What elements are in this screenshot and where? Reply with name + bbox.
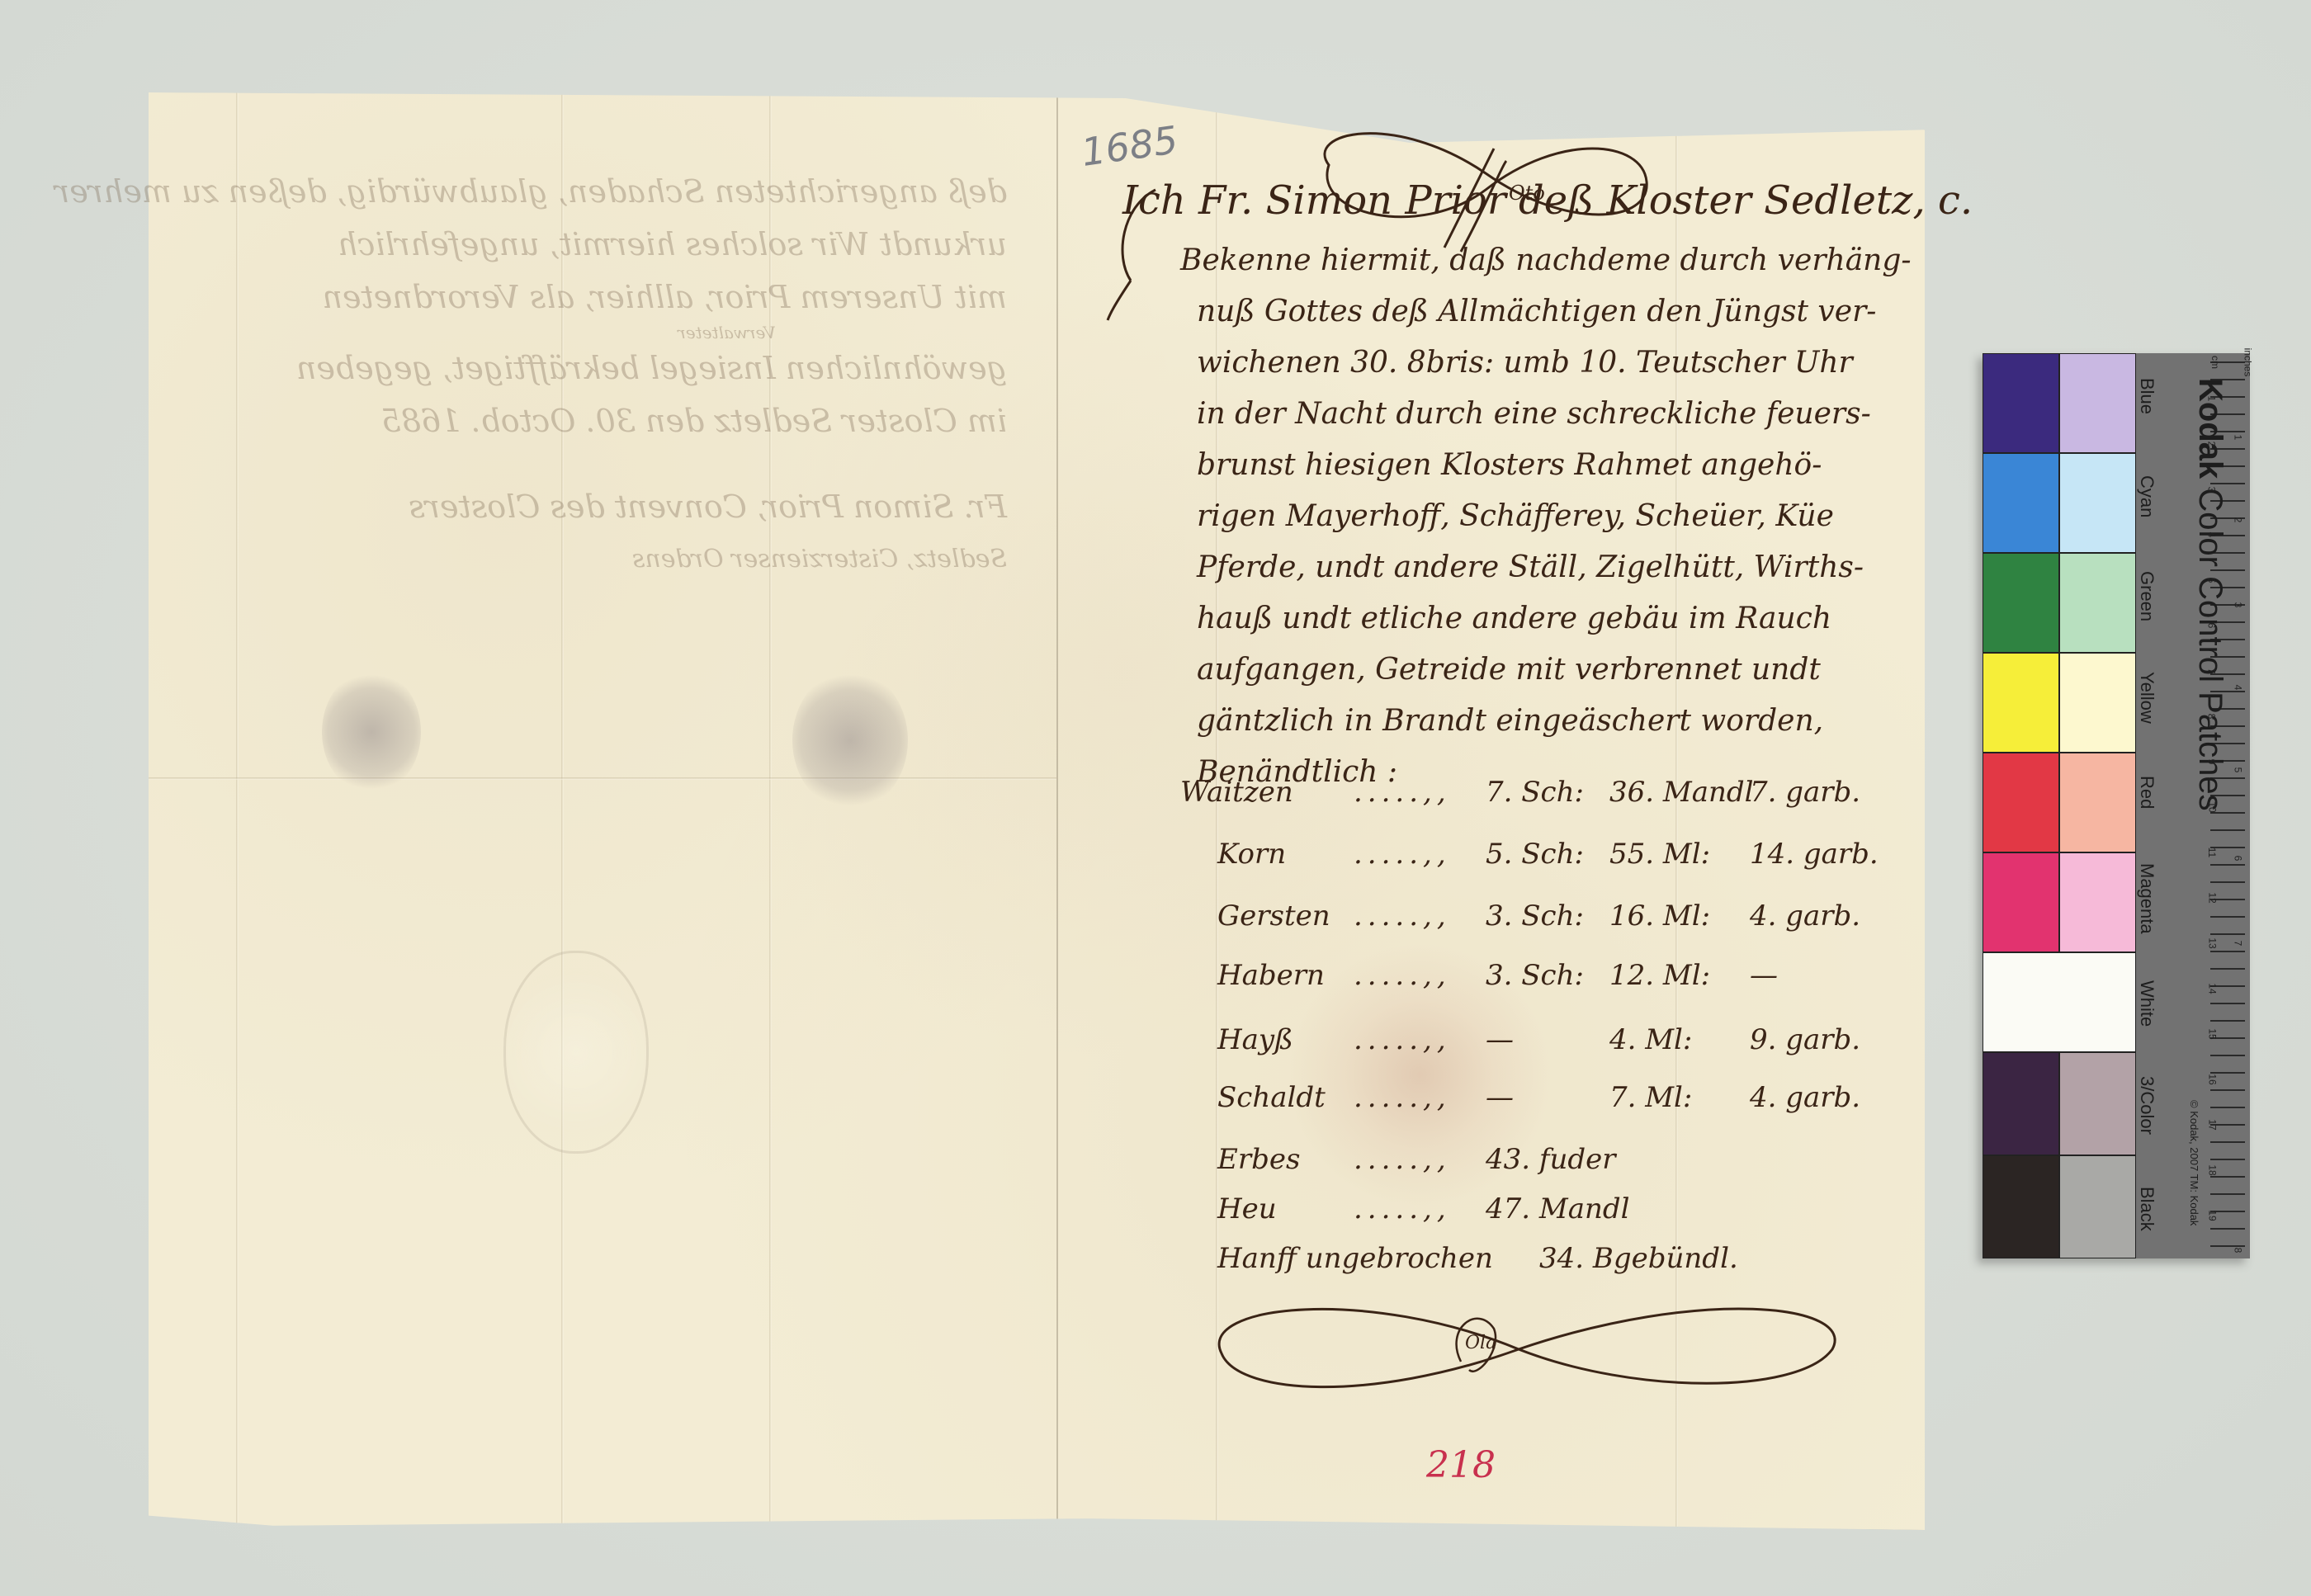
ruler-inch-tick: 1 xyxy=(2232,435,2243,441)
letter-heading: Ich Fr. Simon Prior deß Kloster Sedletz,… xyxy=(1122,177,1973,224)
inventory-item: Hanff ungebrochen xyxy=(1217,1242,1539,1275)
inventory-item: Gersten xyxy=(1217,900,1354,933)
ruler-strip: Kodak Color Control Patches Blue Cyan Gr… xyxy=(2136,353,2250,1258)
patch-3color-light xyxy=(2059,1052,2136,1155)
inventory-qty: — xyxy=(1486,1081,1609,1114)
label-red: Red xyxy=(2136,776,2157,809)
inventory-row: Schaldt.....,,—7. Ml:4. garb. xyxy=(1217,1081,1860,1114)
ruler-cm-tick: 2 xyxy=(2205,441,2217,447)
ruler-cm-tick: 9 xyxy=(2205,759,2217,765)
ruler-cm-tick: 5 xyxy=(2205,578,2217,583)
ruler-cm-tick: 1 xyxy=(2205,396,2217,402)
ruler-inch-tick: 3 xyxy=(2232,602,2243,608)
bleedthrough-line: deß angerichteten Schaden, glaubwürdig, … xyxy=(165,165,1007,218)
letter-body: Bekenne hiermit, daß nachdeme durch verh… xyxy=(1180,235,1923,798)
inventory-qty: 4. garb. xyxy=(1750,900,1860,933)
body-line: Pferde, undt andere Ställ, Zigelhütt, Wi… xyxy=(1180,542,1923,593)
inventory-qty: 55. Ml: xyxy=(1609,838,1750,871)
ruler-inch-tick: 4 xyxy=(2232,685,2243,691)
inventory-row: Hanff ungebrochen34. Bgebündl. xyxy=(1217,1242,1738,1275)
inventory-qty: 9. garb. xyxy=(1750,1023,1860,1056)
patch-yellow-dark xyxy=(1983,653,2059,753)
ruler-cm-tick: 8 xyxy=(2205,714,2217,720)
ruler-cm-tick: 14 xyxy=(2207,983,2219,994)
closing-flourish xyxy=(1205,1271,1841,1411)
bleedthrough-text: deß angerichteten Schaden, glaubwürdig, … xyxy=(165,165,1007,586)
patch-black-light xyxy=(2059,1155,2136,1258)
ruler-cm-tick: 10 xyxy=(2207,801,2219,812)
patch-white xyxy=(1983,952,2136,1052)
label-green: Green xyxy=(2136,571,2157,621)
inventory-qty: 5. Sch: xyxy=(1486,838,1609,871)
inventory-row: Erbes.....,,43. fuder xyxy=(1217,1143,1616,1176)
wax-stain-right xyxy=(792,670,908,810)
body-line: gäntzlich in Brandt eingeäschert worden, xyxy=(1180,696,1923,747)
inventory-qty: 7. Sch: xyxy=(1486,776,1609,809)
body-line: aufgangen, Getreide mit verbrennet undt xyxy=(1180,645,1923,696)
label-cyan: Cyan xyxy=(2136,475,2157,517)
inventory-item: Habern xyxy=(1217,959,1354,992)
bleedthrough-line: gewöhnlichen Insiegel bekräfftiget, gege… xyxy=(165,342,1007,394)
inventory-row: Heu.....,,47. Mandl xyxy=(1217,1192,1630,1225)
inventory-row: Korn.....,,5. Sch:55. Ml:14. garb. xyxy=(1217,838,1879,871)
inventory-qty: 43. fuder xyxy=(1486,1143,1616,1176)
bleedthrough-line: im Closter Sedletz den 30. Octob. 1685 xyxy=(165,394,1007,447)
inventory-qty: 47. Mandl xyxy=(1486,1192,1630,1225)
ruler-cm-tick: 18 xyxy=(2207,1164,2219,1175)
ruler-cm-tick: 3 xyxy=(2205,487,2217,493)
kodak-copyright: © Kodak, 2007 TM: Kodak xyxy=(2188,1100,2200,1225)
color-patches xyxy=(1983,353,2136,1258)
patch-black-dark xyxy=(1983,1155,2059,1258)
ruler-inch-tick: 7 xyxy=(2232,941,2243,947)
inventory-qty: 3. Sch: xyxy=(1486,959,1609,992)
ruler-cm-tick: 4 xyxy=(2205,532,2217,538)
ruler-cm-tick: 17 xyxy=(2207,1119,2219,1130)
ruler-cm-tick: 6 xyxy=(2205,623,2217,629)
page-gutter xyxy=(1056,92,1058,1530)
inventory-qty: 34. Bgebündl. xyxy=(1539,1242,1738,1275)
label-white: White xyxy=(2136,980,2157,1027)
ruler-inch-tick: 6 xyxy=(2232,856,2243,862)
label-blue: Blue xyxy=(2136,378,2157,414)
inventory-qty: — xyxy=(1486,1023,1609,1056)
inventory-qty: 4. Ml: xyxy=(1609,1023,1750,1056)
bleedthrough-line: mit Unserem Prior, allhier, als Verordne… xyxy=(165,271,1007,323)
patch-cyan-dark xyxy=(1983,453,2059,553)
patch-cyan-light xyxy=(2059,453,2136,553)
ruler-cm-tick: 13 xyxy=(2207,937,2219,948)
wax-stain-left xyxy=(322,670,421,794)
archive-number: 218 xyxy=(1426,1444,1496,1486)
closing-text: Ola xyxy=(1465,1333,1496,1353)
ruler-cm-tick: 7 xyxy=(2205,668,2217,674)
patch-3color-dark xyxy=(1983,1052,2059,1155)
patch-red-light xyxy=(2059,753,2136,852)
inventory-qty: 4. garb. xyxy=(1750,1081,1860,1114)
inventory-row: Habern.....,,3. Sch:12. Ml:— xyxy=(1217,959,1778,992)
patch-magenta-light xyxy=(2059,852,2136,952)
patch-blue-dark xyxy=(1983,353,2059,453)
inventory-qty: 3. Sch: xyxy=(1486,900,1609,933)
patch-magenta-dark xyxy=(1983,852,2059,952)
inventory-item: Hayß xyxy=(1217,1023,1354,1056)
embossed-seal xyxy=(503,951,649,1154)
ruler-inch-tick: 8 xyxy=(2232,1248,2243,1254)
body-line: Bekenne hiermit, daß nachdeme durch verh… xyxy=(1180,235,1923,286)
inventory-qty: 16. Ml: xyxy=(1609,900,1750,933)
body-line: hauß undt etliche andere gebäu im Rauch xyxy=(1180,593,1923,645)
fold-crease-horizontal xyxy=(149,777,1056,780)
kodak-logo-text: Kodak xyxy=(2192,378,2228,479)
inventory-qty: — xyxy=(1750,959,1778,992)
bleedthrough-line: Verwalteter xyxy=(165,323,1007,342)
ruler-cm-tick: 19 xyxy=(2207,1210,2219,1221)
body-line: rigen Mayerhoff, Schäfferey, Scheüer, Kü… xyxy=(1180,491,1923,542)
inventory-item: Erbes xyxy=(1217,1143,1354,1176)
label-3color: 3/Color xyxy=(2136,1076,2157,1135)
patch-green-dark xyxy=(1983,553,2059,653)
ruler-cm-tick: 15 xyxy=(2207,1028,2219,1039)
inventory-item: Schaldt xyxy=(1217,1081,1354,1114)
ruler-unit-cm: cm xyxy=(2209,356,2221,369)
ruler-cm-tick: 12 xyxy=(2207,892,2219,903)
inventory-qty: 7. Ml: xyxy=(1609,1081,1750,1114)
inventory-item: Heu xyxy=(1217,1192,1354,1225)
body-line: wichenen 30. 8bris: umb 10. Teutscher Uh… xyxy=(1180,338,1923,389)
bleedthrough-line: Sedletz, Cisterzienser Ordens xyxy=(165,533,1007,586)
ruler-unit-inches: inches xyxy=(2242,348,2253,377)
label-magenta: Magenta xyxy=(2136,863,2157,934)
bleedthrough-line: Fr. Simon Prior, Convent des Closters xyxy=(165,480,1007,533)
kodak-color-target: Kodak Color Control Patches Blue Cyan Gr… xyxy=(1983,353,2250,1258)
inventory-qty: 12. Ml: xyxy=(1609,959,1750,992)
inventory-item: Korn xyxy=(1217,838,1354,871)
body-line: in der Nacht durch eine schreckliche feu… xyxy=(1180,389,1923,440)
ruler-cm-tick: 16 xyxy=(2207,1074,2219,1084)
patch-red-dark xyxy=(1983,753,2059,852)
inventory-qty: 7. garb. xyxy=(1750,776,1860,809)
body-line: brunst hiesigen Klosters Rahmet angehö- xyxy=(1180,440,1923,491)
body-line: nuß Gottes deß Allmächtigen den Jüngst v… xyxy=(1180,286,1923,338)
inventory-row: Hayß.....,,—4. Ml:9. garb. xyxy=(1217,1023,1860,1056)
ruler-inch-tick: 2 xyxy=(2232,517,2243,523)
ruler-cm-tick: 11 xyxy=(2206,848,2218,857)
label-black: Black xyxy=(2136,1187,2157,1231)
patch-yellow-light xyxy=(2059,653,2136,753)
inventory-row: Waitzen.....,,7. Sch:36. Mandl7. garb. xyxy=(1180,776,1860,809)
label-yellow: Yellow xyxy=(2136,672,2157,724)
patch-green-light xyxy=(2059,553,2136,653)
bleedthrough-line: urkundt Wir solches hiermit, ungefehrlic… xyxy=(165,218,1007,271)
patch-blue-light xyxy=(2059,353,2136,453)
inventory-item: Waitzen xyxy=(1180,776,1354,809)
inventory-qty: 36. Mandl xyxy=(1609,776,1750,809)
ruler-inch-tick: 5 xyxy=(2232,767,2243,773)
inventory-row: Gersten.....,,3. Sch:16. Ml:4. garb. xyxy=(1217,900,1860,933)
inventory-qty: 14. garb. xyxy=(1750,838,1879,871)
